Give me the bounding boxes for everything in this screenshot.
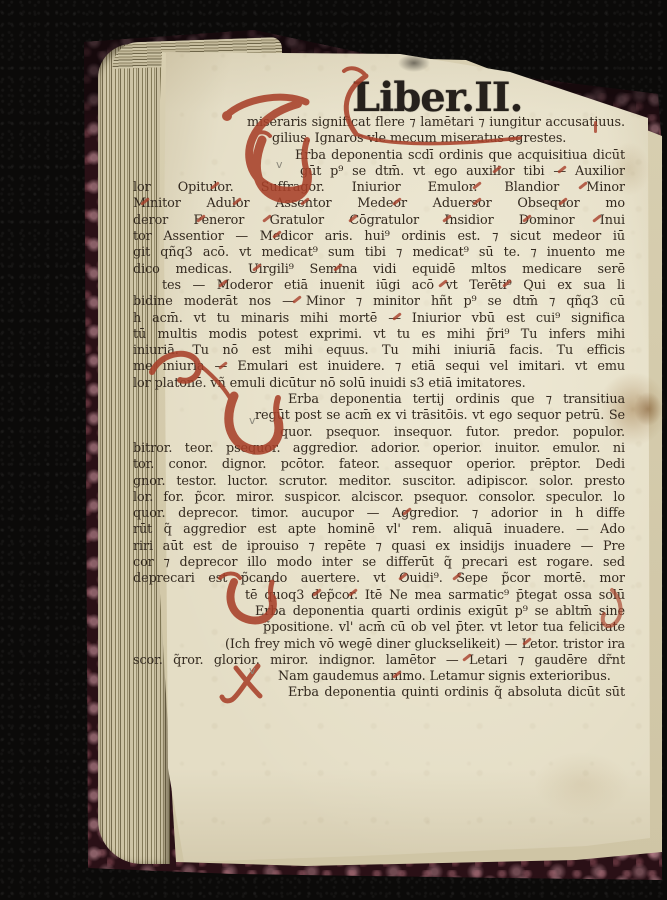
text-line: p̃positione. vl' acm̄ cū ob vel p̄ter. v… <box>133 620 625 636</box>
text-line: riri aūt est de iprouiso ⁊ repēte ⁊ quas… <box>133 539 625 555</box>
text-line: rūt q̃ aggredior est apte hominē vl' rem… <box>133 522 625 538</box>
text-line: tor. conor. dignor. pcōtor. fateor. asse… <box>133 457 625 473</box>
text-line: bitror. teor. psequor. aggredior. adorio… <box>133 441 625 457</box>
guide-letter: v <box>276 158 283 171</box>
text-line: deror Feneror Gratulor Cōgratulor Insidi… <box>133 213 625 229</box>
text-line: scor. q̃ror. glorior. miror. indignor. l… <box>133 653 625 669</box>
text-line: Erba deponentia scdī ordinis que acquisi… <box>133 148 625 164</box>
text-line: h acm̄. vt tu minaris mihi mortē — Iniur… <box>133 311 625 327</box>
text-line: (Ich frey mich vō wegē diner gluckselike… <box>133 637 625 653</box>
text-line: Erba deponentia quinti ordinis q̃ absolu… <box>133 685 625 701</box>
text-line: cor ⁊ deprecor illo modo inter se differ… <box>133 555 625 571</box>
text-line: lor platonē. vñ emuli dicūtur nō solū in… <box>133 376 625 392</box>
text-line: bidine moderāt nos — Minor ⁊ minitor hñt… <box>133 294 625 310</box>
text-block: miseraris significat flere ⁊ lamētari ⁊ … <box>133 115 625 702</box>
guide-letter: v <box>249 664 256 677</box>
text-line: gnor. testor. luctor. scrutor. meditor. … <box>133 474 625 490</box>
text-line: Nam gaudemus animo. Letamur signis exter… <box>133 669 625 685</box>
text-line: regūt post se acm̄ ex vi trāsitōis. vt e… <box>133 408 625 424</box>
text-line: git qñq3 acō. vt medicat⁹ sum tibi ⁊ med… <box>133 245 625 261</box>
text-line: tū multis modis potest exprimi. vt tu es… <box>133 327 625 343</box>
text-line: gilius. Ignaros vle mecum miseratus egre… <box>133 131 625 147</box>
text-line: lor Opitulor. Suffragor. Iniurior Emulor… <box>133 180 625 196</box>
text-line: tes — Moderor etiā inuenit iūgi acō vt T… <box>133 278 625 294</box>
text-line: gūt p⁹ se dtm̄. vt ego auxilior tibi — A… <box>133 164 625 180</box>
text-line: dico medicas. Uirgili⁹ Semina vidi equid… <box>133 262 625 278</box>
text-line: lor. for. p̃cor. miror. suspicor. alcisc… <box>133 490 625 506</box>
text-line: Minitor Adulor Assentor Medeor Aduersor … <box>133 196 625 212</box>
text-line: Erba deponentia quarti ordinis exigūt p⁹… <box>133 604 625 620</box>
text-line: tē quoq3 dep̃cor. Itē Ne mea sarmatic⁹ p… <box>133 588 625 604</box>
text-line: quor. deprecor. timor. aucupor — Aggredi… <box>133 506 625 522</box>
book-photo: { "header": { "title": "Liber.II." }, "t… <box>0 0 667 900</box>
text-line: miseraris significat flere ⁊ lamētari ⁊ … <box>133 115 625 131</box>
text-line: tor Assentior — Medicor aris. hui⁹ ordin… <box>133 229 625 245</box>
page-heading: Liber.II. <box>352 74 522 121</box>
text-line: Erba deponentia tertij ordinis que ⁊ tra… <box>133 392 625 408</box>
text-line: deprecari est p̃cando auertere. vt Ouidi… <box>133 571 625 587</box>
text-line: quor. psequor. insequor. futor. predor. … <box>133 425 625 441</box>
text-line: me iniuria — Emulari est inuidere. ⁊ eti… <box>133 359 625 375</box>
text-line: iniuriā. Tu nō est mihi equus. Tu mihi i… <box>133 343 625 359</box>
guide-letter: v <box>249 414 256 427</box>
